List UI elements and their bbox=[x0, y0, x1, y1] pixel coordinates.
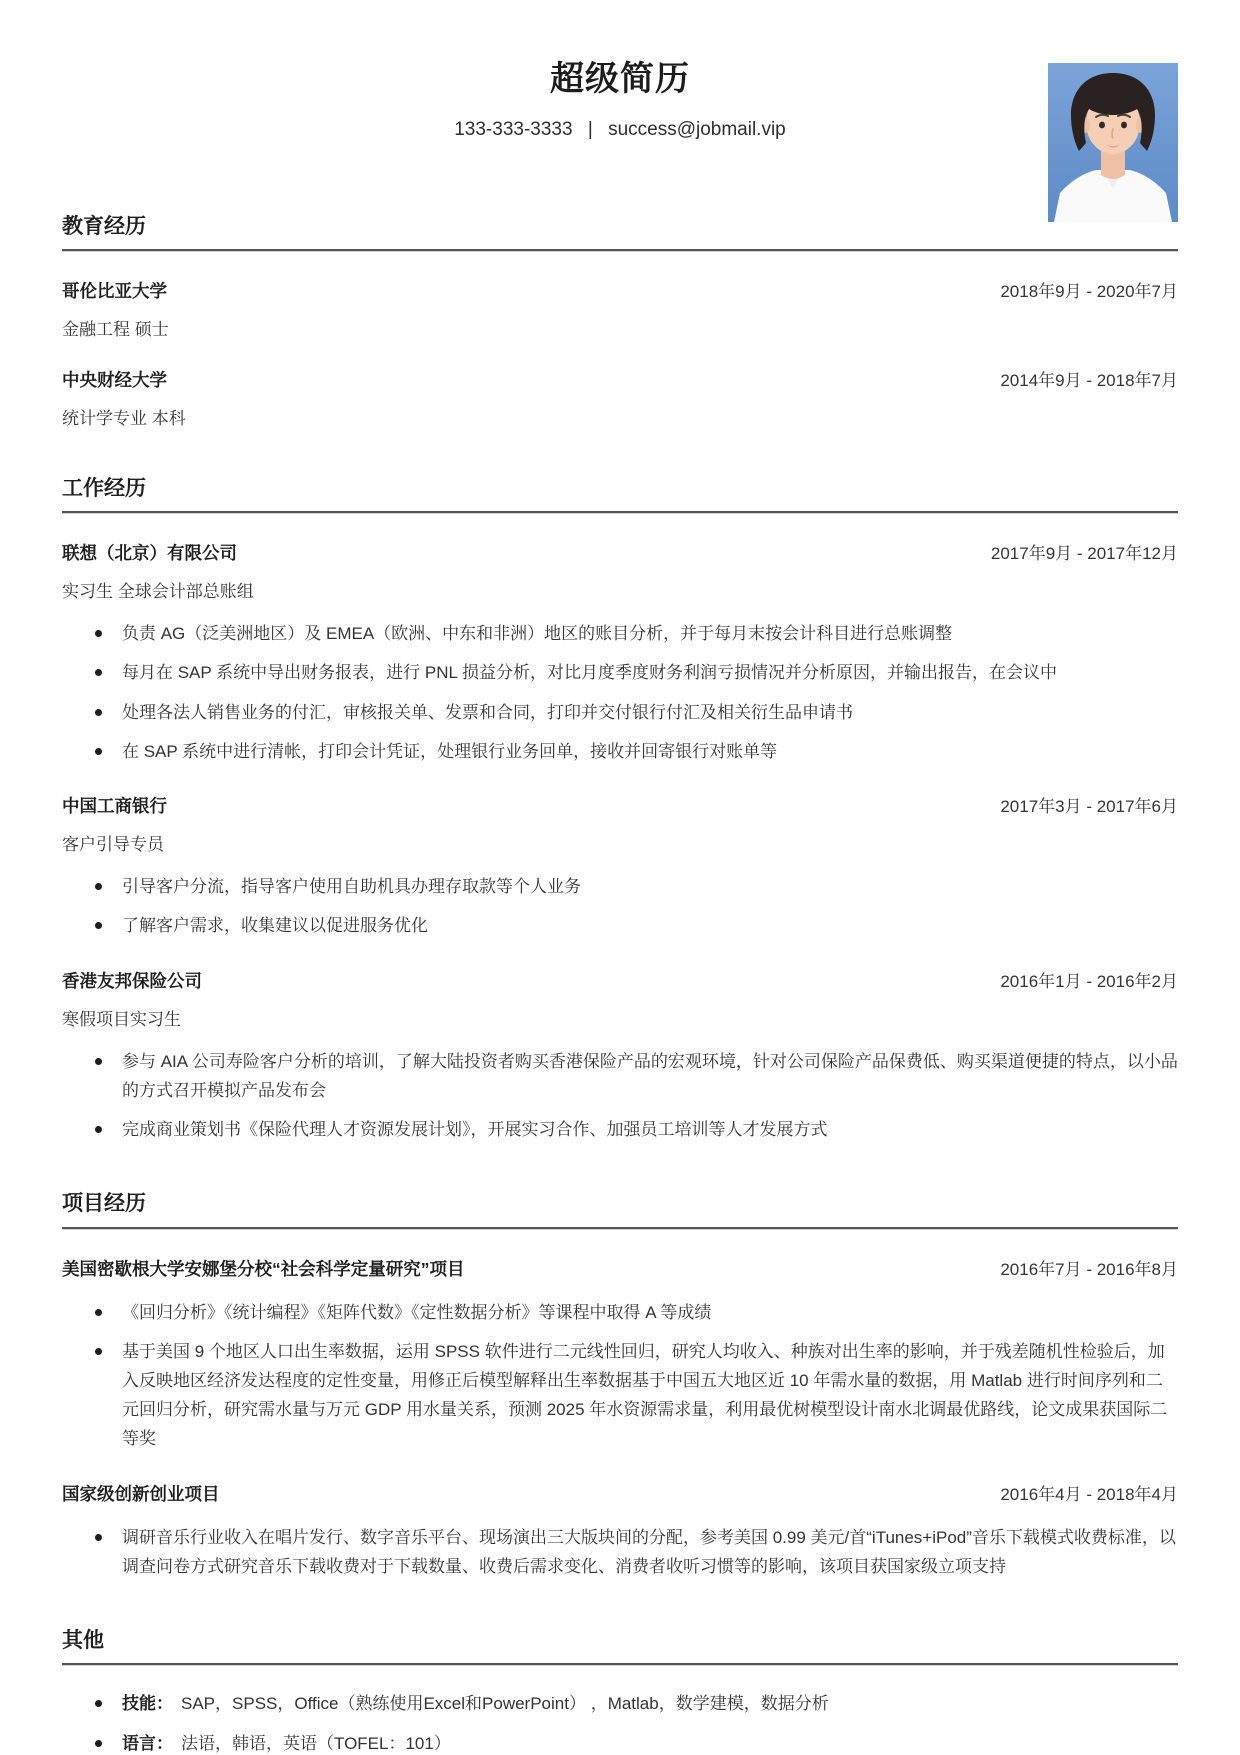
profile-photo-image bbox=[1048, 63, 1178, 222]
education-entry: 中央财经大学 2014年9月 - 2018年7月 统计学专业 本科 bbox=[62, 366, 1178, 429]
email-address: success@jobmail.vip bbox=[608, 119, 786, 140]
job-role: 寒假项目实习生 bbox=[62, 1005, 1178, 1030]
company-name: 中国工商银行 bbox=[62, 793, 167, 818]
bullet-item: 处理各法人销售业务的付汇，审核报关单、发票和合同，打印并交付银行付汇及相关衍生品… bbox=[122, 698, 1178, 727]
section-divider bbox=[62, 1663, 1178, 1665]
bullet-list: 技能：SAP，SPSS，Office（熟练使用Excel和PowerPoint）… bbox=[62, 1689, 1178, 1755]
project-entry: 国家级创新创业项目 2016年4月 - 2018年4月 调研音乐行业收入在唱片发… bbox=[62, 1480, 1178, 1581]
bullet-list: 调研音乐行业收入在唱片发行、数字音乐平台、现场演出三大版块间的分配，参考美国 0… bbox=[62, 1523, 1178, 1581]
work-entry: 中国工商银行 2017年3月 - 2017年6月 客户引导专员 引导客户分流，指… bbox=[62, 792, 1178, 940]
entry-head: 国家级创新创业项目 2016年4月 - 2018年4月 bbox=[62, 1480, 1178, 1506]
section-divider bbox=[62, 249, 1178, 251]
bullet-item: 《回归分析》《统计编程》《矩阵代数》《定性数据分析》等课程中取得 A 等成绩 bbox=[122, 1298, 1178, 1327]
date-range: 2018年9月 - 2020年7月 bbox=[1000, 277, 1178, 302]
date-range: 2017年9月 - 2017年12月 bbox=[991, 539, 1178, 564]
section-work: 工作经历 联想（北京）有限公司 2017年9月 - 2017年12月 实习生 全… bbox=[62, 475, 1178, 1144]
bullet-list: 负责 AG（泛美洲地区）及 EMEA（欧洲、中东和非洲）地区的账目分析，并于每月… bbox=[62, 619, 1178, 766]
job-role: 实习生 全球会计部总账组 bbox=[62, 577, 1178, 602]
work-entry: 香港友邦保险公司 2016年1月 - 2016年2月 寒假项目实习生 参与 AI… bbox=[62, 967, 1178, 1145]
section-title-work: 工作经历 bbox=[62, 475, 1178, 502]
section-divider bbox=[62, 1227, 1178, 1229]
date-range: 2016年7月 - 2016年8月 bbox=[1000, 1255, 1178, 1280]
bullet-item: 基于美国 9 个地区人口出生率数据，运用 SPSS 软件进行二元线性回归，研究人… bbox=[122, 1337, 1178, 1454]
bullet-item: 引导客户分流，指导客户使用自助机具办理存取款等个人业务 bbox=[122, 872, 1178, 901]
company-name: 联想（北京）有限公司 bbox=[62, 540, 237, 565]
section-title-other: 其他 bbox=[62, 1627, 1178, 1654]
section-other: 其他 技能：SAP，SPSS，Office（熟练使用Excel和PowerPoi… bbox=[62, 1627, 1178, 1755]
section-divider bbox=[62, 511, 1178, 513]
company-name: 香港友邦保险公司 bbox=[62, 968, 202, 993]
date-range: 2014年9月 - 2018年7月 bbox=[1000, 366, 1178, 391]
degree-info: 金融工程 硕士 bbox=[62, 315, 1178, 340]
education-entry: 哥伦比亚大学 2018年9月 - 2020年7月 金融工程 硕士 bbox=[62, 277, 1178, 340]
profile-photo bbox=[1048, 63, 1178, 222]
bullet-list: 引导客户分流，指导客户使用自助机具办理存取款等个人业务 了解客户需求，收集建议以… bbox=[62, 872, 1178, 940]
date-range: 2017年3月 - 2017年6月 bbox=[1000, 792, 1178, 817]
skills-label: 技能： bbox=[122, 1694, 173, 1713]
entry-head: 中央财经大学 2014年9月 - 2018年7月 bbox=[62, 366, 1178, 392]
languages-label: 语言： bbox=[122, 1734, 173, 1753]
bullet-item: 调研音乐行业收入在唱片发行、数字音乐平台、现场演出三大版块间的分配，参考美国 0… bbox=[122, 1523, 1178, 1581]
resume-header: 超级简历 133-333-3333 | success@jobmail.vip bbox=[62, 58, 1178, 141]
entry-head: 联想（北京）有限公司 2017年9月 - 2017年12月 bbox=[62, 539, 1178, 565]
languages-item: 语言：法语，韩语，英语（TOFEL：101） bbox=[122, 1729, 1178, 1755]
contact-line: 133-333-3333 | success@jobmail.vip bbox=[62, 119, 1178, 141]
section-title-education: 教育经历 bbox=[62, 213, 1178, 240]
section-education: 教育经历 哥伦比亚大学 2018年9月 - 2020年7月 金融工程 硕士 中央… bbox=[62, 213, 1178, 429]
entry-head: 美国密歇根大学安娜堡分校“社会科学定量研究”项目 2016年7月 - 2016年… bbox=[62, 1255, 1178, 1281]
page-title: 超级简历 bbox=[62, 58, 1178, 101]
languages-text: 法语，韩语，英语（TOFEL：101） bbox=[181, 1734, 451, 1753]
school-name: 哥伦比亚大学 bbox=[62, 278, 167, 303]
bullet-item: 每月在 SAP 系统中导出财务报表，进行 PNL 损益分析，对比月度季度财务利润… bbox=[122, 658, 1178, 687]
bullet-item: 了解客户需求，收集建议以促进服务优化 bbox=[122, 911, 1178, 940]
date-range: 2016年4月 - 2018年4月 bbox=[1000, 1480, 1178, 1505]
degree-info: 统计学专业 本科 bbox=[62, 404, 1178, 429]
bullet-item: 负责 AG（泛美洲地区）及 EMEA（欧洲、中东和非洲）地区的账目分析，并于每月… bbox=[122, 619, 1178, 648]
bullet-list: 参与 AIA 公司寿险客户分析的培训，了解大陆投资者购买香港保险产品的宏观环境，… bbox=[62, 1047, 1178, 1145]
skills-text: SAP，SPSS，Office（熟练使用Excel和PowerPoint） ，M… bbox=[181, 1694, 829, 1713]
section-title-projects: 项目经历 bbox=[62, 1190, 1178, 1217]
entry-head: 哥伦比亚大学 2018年9月 - 2020年7月 bbox=[62, 277, 1178, 303]
entry-head: 中国工商银行 2017年3月 - 2017年6月 bbox=[62, 792, 1178, 818]
school-name: 中央财经大学 bbox=[62, 367, 167, 392]
resume-page: 超级简历 133-333-3333 | success@jobmail.vip bbox=[0, 0, 1240, 1755]
project-name: 国家级创新创业项目 bbox=[62, 1481, 220, 1506]
work-entry: 联想（北京）有限公司 2017年9月 - 2017年12月 实习生 全球会计部总… bbox=[62, 539, 1178, 766]
skills-item: 技能：SAP，SPSS，Office（熟练使用Excel和PowerPoint）… bbox=[122, 1689, 1178, 1718]
section-projects: 项目经历 美国密歇根大学安娜堡分校“社会科学定量研究”项目 2016年7月 - … bbox=[62, 1190, 1178, 1581]
bullet-list: 《回归分析》《统计编程》《矩阵代数》《定性数据分析》等课程中取得 A 等成绩 基… bbox=[62, 1298, 1178, 1454]
phone-number: 133-333-3333 bbox=[454, 119, 572, 140]
bullet-item: 完成商业策划书《保险代理人才资源发展计划》，开展实习合作、加强员工培训等人才发展… bbox=[122, 1115, 1178, 1144]
job-role: 客户引导专员 bbox=[62, 830, 1178, 855]
project-entry: 美国密歇根大学安娜堡分校“社会科学定量研究”项目 2016年7月 - 2016年… bbox=[62, 1255, 1178, 1454]
project-name: 美国密歇根大学安娜堡分校“社会科学定量研究”项目 bbox=[62, 1256, 465, 1281]
entry-head: 香港友邦保险公司 2016年1月 - 2016年2月 bbox=[62, 967, 1178, 993]
date-range: 2016年1月 - 2016年2月 bbox=[1000, 967, 1178, 992]
bullet-item: 在 SAP 系统中进行清帐，打印会计凭证，处理银行业务回单，接收并回寄银行对账单… bbox=[122, 737, 1178, 766]
bullet-item: 参与 AIA 公司寿险客户分析的培训，了解大陆投资者购买香港保险产品的宏观环境，… bbox=[122, 1047, 1178, 1105]
contact-separator: | bbox=[588, 119, 593, 140]
